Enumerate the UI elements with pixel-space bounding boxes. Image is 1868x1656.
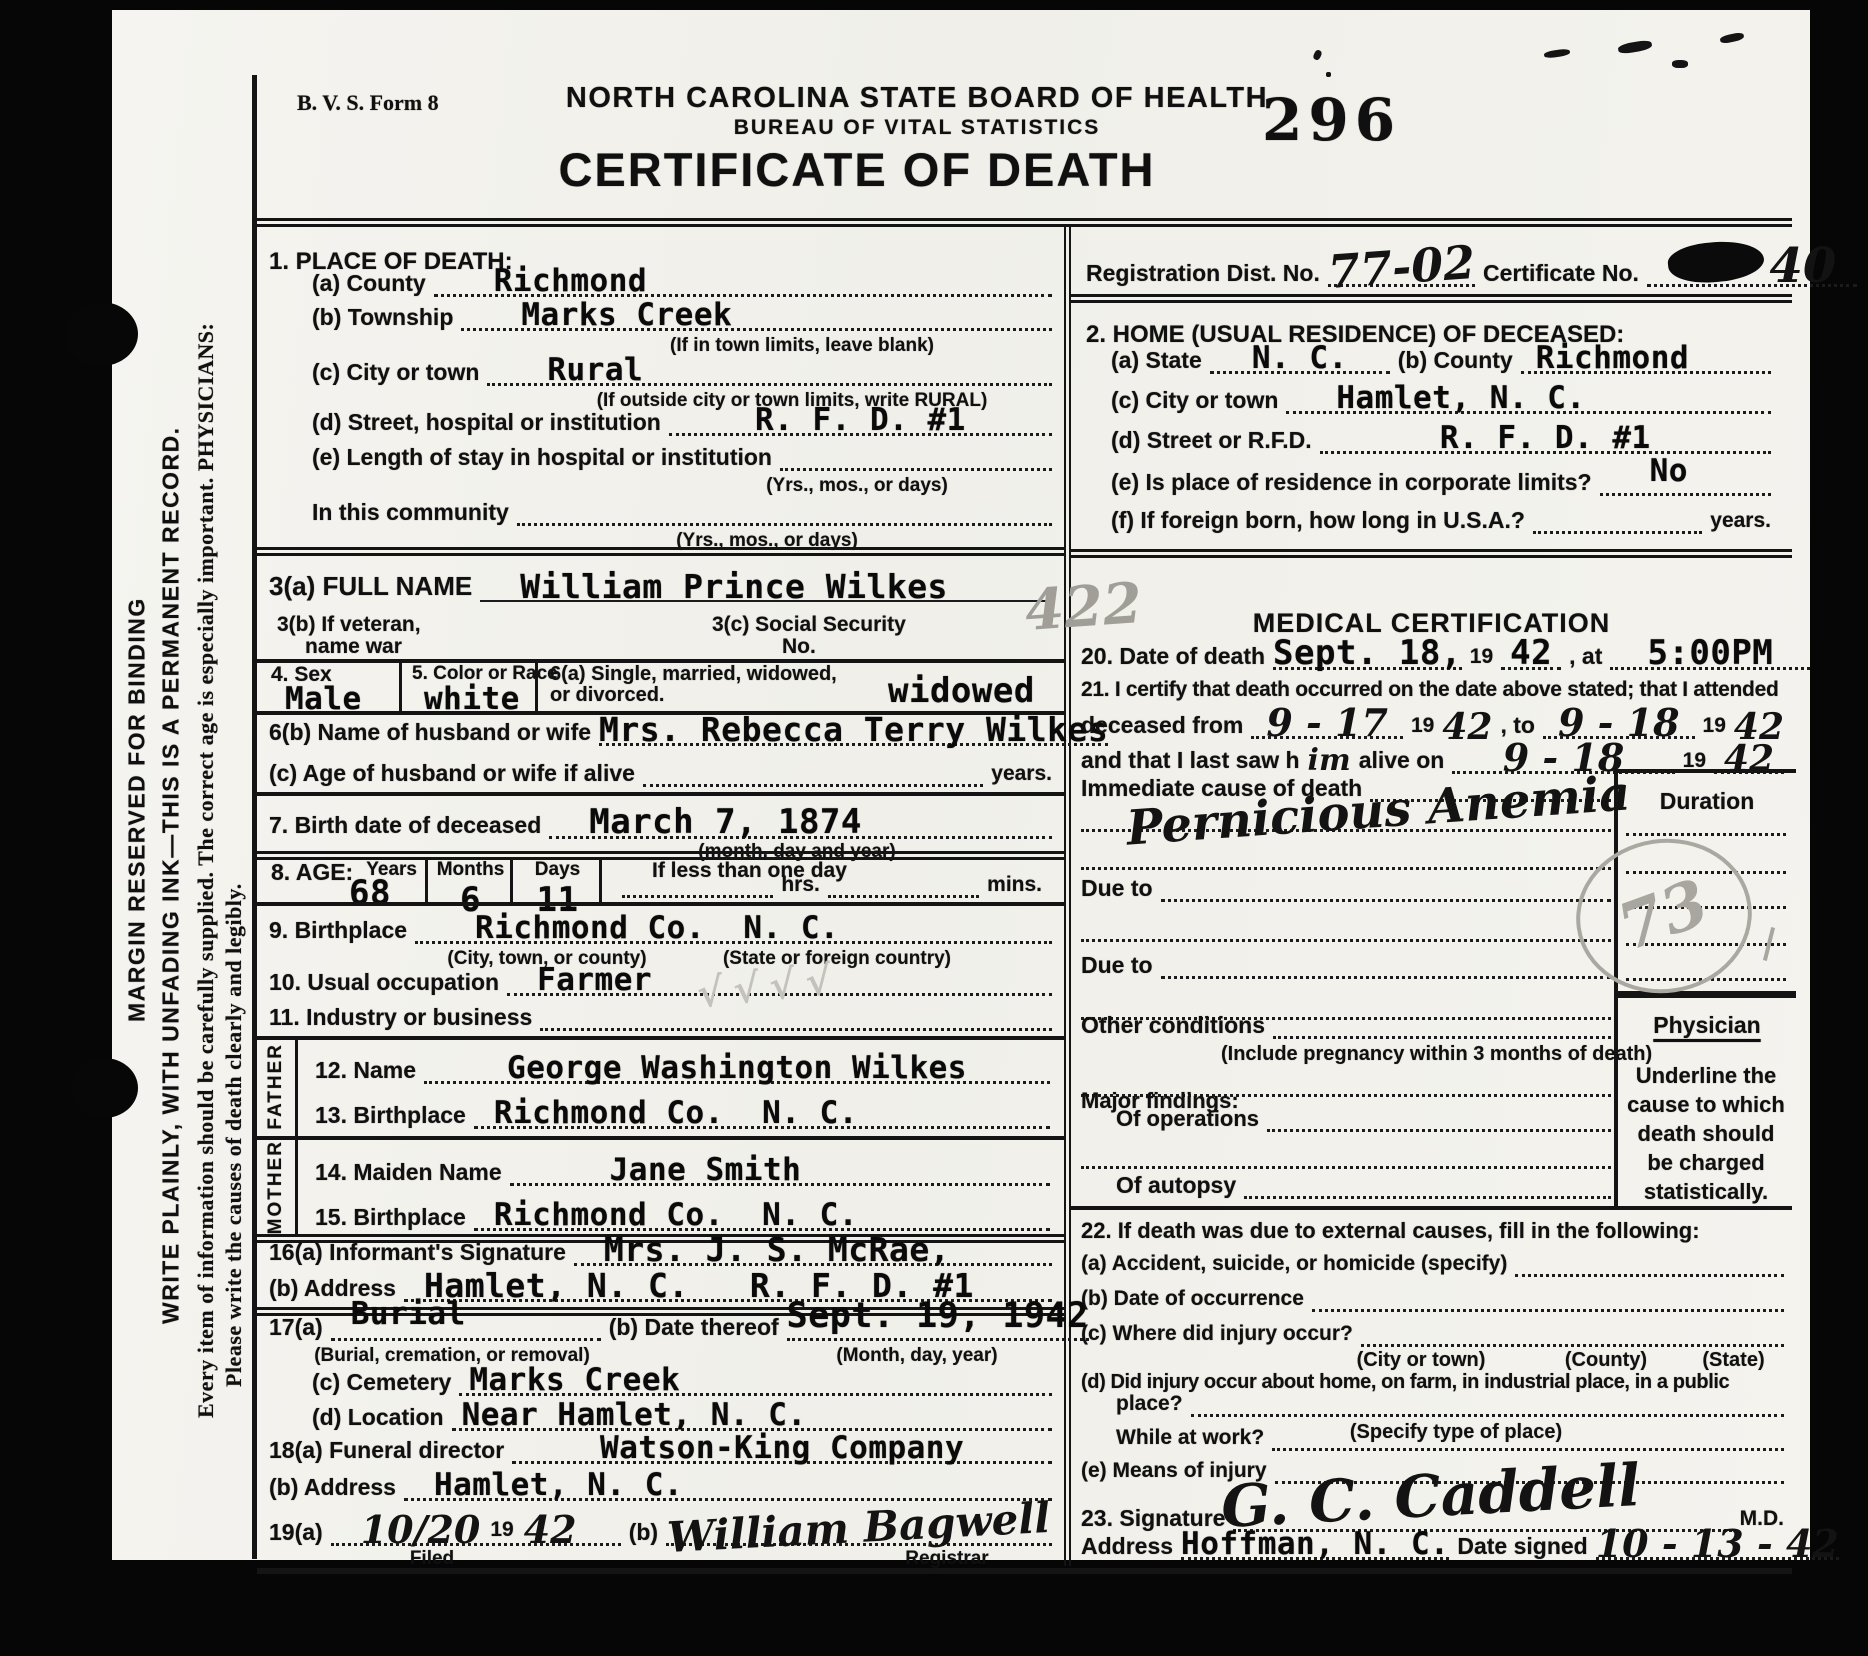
field-community: In this community [312, 488, 1052, 526]
field-burial: 17(a) Burial (b) Date thereof Sept. 19, … [269, 1295, 1052, 1341]
field-home-corporate: (e) Is place of residence in corporate l… [1111, 458, 1771, 496]
filed-year-handwritten: 42 [524, 1511, 577, 1549]
age-label: 8. AGE: [271, 860, 353, 886]
field-home-state-county: (a) State N. C. (b) County Richmond [1111, 336, 1771, 374]
full-name-value: William Prince Wilkes [520, 570, 948, 603]
father-block: FATHER 12. Name George Washington Wilkes… [257, 1036, 1064, 1140]
physician-address-label: Address [1081, 1534, 1173, 1560]
father-name-label: 12. Name [315, 1058, 416, 1084]
due-to-label-1: Due to [1081, 876, 1153, 902]
field-full-name: 3(a) FULL NAME William Prince Wilkes [269, 554, 1052, 602]
burial-date-value: Sept. 19, 1942 [787, 1299, 1089, 1334]
field-funeral-director: 18(a) Funeral director Watson-King Compa… [269, 1426, 1052, 1464]
operations-label: Of operations [1116, 1107, 1259, 1132]
street-value: R. F. D. #1 [755, 405, 966, 436]
physician-label: Physician [1618, 1013, 1796, 1039]
other-conditions-label: Other conditions [1081, 1013, 1265, 1039]
stay-label: (e) Length of stay in hospital or instit… [312, 445, 772, 471]
field-funeral-address: (b) Address Hamlet, N. C. [269, 1463, 1052, 1501]
home-county-value: Richmond [1536, 343, 1689, 374]
filed-date-handwritten: 10/20 [361, 1511, 481, 1549]
field-township: (b) Township Marks Creek [312, 293, 1052, 331]
home-street-label: (d) Street or R.F.D. [1111, 428, 1312, 454]
township-value: Marks Creek [521, 300, 732, 331]
age-months-cell: Months 6 [425, 860, 513, 902]
registration-dist-value: 77-02 [1326, 239, 1476, 295]
field-last-saw-alive: and that I last saw h im alive on 9 - 18… [1081, 730, 1784, 774]
field-external-a: (a) Accident, suicide, or homicide (spec… [1081, 1239, 1784, 1277]
field-mother-name: 14. Maiden Name Jane Smith [315, 1148, 1050, 1186]
registration-row: Registration Dist. No. 77-02 Certificate… [1086, 239, 1781, 287]
ink-speck [1326, 72, 1331, 77]
field-due-to-2: Due to [1081, 941, 1611, 979]
birth-date-label: 7. Birth date of deceased [269, 813, 541, 839]
field-due-to-1: Due to [1081, 864, 1611, 902]
stamp-number: 296 [1262, 86, 1401, 154]
field-street: (d) Street, hospital or institution R. F… [312, 398, 1052, 436]
months-label: Months [437, 859, 505, 882]
mother-name-label: 14. Maiden Name [315, 1160, 502, 1186]
field-stay: (e) Length of stay in hospital or instit… [312, 433, 1052, 471]
due-to-label-2: Due to [1081, 953, 1153, 979]
right-column: Registration Dist. No. 77-02 Certificate… [1071, 227, 1792, 1566]
form-body: 422 1. PLACE OF DEATH: (a) County Richmo… [257, 218, 1792, 1574]
burial-type-value: Burial [351, 1299, 466, 1330]
spouse-label: 6(b) Name of husband or wife [269, 720, 591, 746]
mother-name-value: Jane Smith [610, 1155, 802, 1186]
field-birth-date: 7. Birth date of deceased March 7, 1874 [269, 793, 1052, 839]
field-autopsy: Of autopsy [1116, 1161, 1611, 1199]
birthplace-value: Richmond Co. N. C. [475, 913, 839, 944]
father-name-value: George Washington Wilkes [507, 1053, 967, 1084]
veteran-ssn-row: 3(b) If veteran,name war 3(c) Social Sec… [257, 612, 1064, 659]
field-cemetery: (c) Cemetery Marks Creek [312, 1358, 1052, 1396]
external-c-hint3: (State) [1681, 1349, 1786, 1372]
father-birthplace-value: Richmond Co. N. C. [494, 1098, 858, 1129]
filed-b-label: (b) [629, 1520, 658, 1546]
birthplace-label: 9. Birthplace [269, 918, 407, 944]
margin-note-permanent: WRITE PLAINLY, WITH UNFADING INK—THIS IS… [156, 260, 186, 1490]
funeral-address-label: (b) Address [269, 1475, 396, 1501]
field-birthplace: 9. Birthplace Richmond Co. N. C. [269, 906, 1052, 944]
section-rule [1071, 1206, 1792, 1210]
father-side-label: FATHER [265, 1043, 287, 1130]
section-rule [1071, 549, 1792, 558]
date-of-death-year: 42 [1510, 636, 1552, 670]
industry-label: 11. Industry or business [269, 1005, 532, 1031]
funeral-address-value: Hamlet, N. C. [434, 1470, 683, 1501]
certificate-no-value: 40 [1770, 242, 1837, 290]
field-operations: Of operations [1116, 1094, 1611, 1132]
certificate-title: CERTIFICATE OF DEATH [307, 142, 1407, 197]
registration-dist-label: Registration Dist. No. [1086, 261, 1320, 287]
age-less-cell: If less than one day hrs. mins. [599, 860, 1067, 902]
father-sideband: FATHER [257, 1036, 298, 1136]
printed-19: 19 [1470, 646, 1493, 670]
date-signed-label: Date signed [1457, 1534, 1587, 1560]
field-home-foreign: (f) If foreign born, how long in U.S.A.?… [1111, 496, 1771, 534]
death-certificate-page: MARGIN RESERVED FOR BINDING WRITE PLAINL… [112, 10, 1810, 1560]
days-label: Days [535, 859, 580, 882]
community-label: In this community [312, 500, 509, 526]
field-father-name: 12. Name George Washington Wilkes [315, 1046, 1050, 1084]
mins-label: mins. [987, 874, 1042, 898]
time-of-death: 5:00PM [1647, 636, 1773, 670]
field-date-of-death: 20. Date of death Sept. 18, 19 42 , at 5… [1081, 626, 1784, 670]
external-c-hint2: (County) [1531, 1349, 1681, 1372]
section-rule [1071, 294, 1792, 303]
margin-note-causes: Please write the causes of death clearly… [220, 710, 248, 1560]
external-c-label: (c) Where did injury occur? [1081, 1323, 1353, 1347]
ink-speck [1544, 48, 1571, 59]
field-spouse-age: (c) Age of husband or wife if alive year… [269, 751, 1052, 787]
veteran-label: 3(b) If veteran,name war [277, 614, 421, 660]
certificate-no-label: Certificate No. [1483, 261, 1639, 287]
ink-speck [1672, 60, 1688, 68]
burial-label: 17(a) [269, 1315, 323, 1341]
home-city-label: (c) City or town [1111, 388, 1278, 414]
date-of-death-month: Sept. 18, [1273, 636, 1462, 670]
left-column: 1. PLACE OF DEATH: (a) County Richmond (… [257, 227, 1071, 1566]
birth-date-value: March 7, 1874 [589, 805, 862, 839]
filed-label: 19(a) [269, 1520, 323, 1546]
pencil-code-422: 422 [1023, 575, 1144, 639]
field-external-c: (c) Where did injury occur? [1081, 1309, 1784, 1347]
field-home-city: (c) City or town Hamlet, N. C. [1111, 376, 1771, 414]
home-street-value: R. F. D. #1 [1440, 423, 1651, 454]
spouse-value: Mrs. Rebecca Terry Wilkes [599, 713, 1108, 746]
date-signed-value: 10 - 13 - 42 [1596, 1525, 1839, 1563]
ink-blot [1666, 237, 1766, 287]
field-filed: 19(a) 10/20 19 42 (b) William Bagwell [269, 1500, 1052, 1546]
funeral-director-value: Watson-King Company [600, 1433, 964, 1464]
duration-label: Duration [1618, 789, 1796, 815]
home-corporate-label: (e) Is place of residence in corporate l… [1111, 470, 1592, 496]
margin-note-binding: MARGIN RESERVED FOR BINDING [122, 410, 152, 1210]
township-label: (b) Township [312, 305, 453, 331]
home-state-value: N. C. [1252, 343, 1348, 374]
home-foreign-suffix: years. [1710, 510, 1771, 534]
autopsy-label: Of autopsy [1116, 1173, 1236, 1199]
margin-note-supplied: Every item of information should be care… [192, 200, 220, 1540]
home-foreign-label: (f) If foreign born, how long in U.S.A.? [1111, 508, 1525, 534]
ink-speck [1312, 49, 1323, 61]
field-external-d-place: place? [1116, 1379, 1784, 1417]
city-value: Rural [547, 355, 643, 386]
spouse-age-suffix: years. [991, 763, 1052, 787]
age-row: 8. AGE: Years 68 Months 6 Days 11 If les… [257, 860, 1064, 902]
date-of-death-label: 20. Date of death [1081, 644, 1265, 670]
last-saw-label: and that I last saw h [1081, 748, 1300, 774]
field-father-birthplace: 13. Birthplace Richmond Co. N. C. [315, 1091, 1050, 1129]
home-corporate-value: No [1650, 456, 1688, 487]
external-c-hint1: (City or town) [1321, 1349, 1521, 1372]
field-external-b: (b) Date of occurrence [1081, 1274, 1784, 1312]
field-home-street: (d) Street or R.F.D. R. F. D. #1 [1111, 416, 1771, 454]
funeral-director-label: 18(a) Funeral director [269, 1438, 504, 1464]
filed-year-printed: 19 [490, 1519, 513, 1543]
age-years-cell: 8. AGE: Years 68 [257, 860, 425, 902]
filed-caption: Filed [357, 1548, 507, 1570]
hrs-label: hrs. [781, 874, 820, 898]
occupation-value: Farmer [537, 965, 652, 996]
home-city-value: Hamlet, N. C. [1336, 383, 1585, 414]
home-county-label: (b) County [1398, 348, 1513, 374]
age-days-cell: Days 11 [510, 860, 602, 902]
home-state-label: (a) State [1111, 348, 1202, 374]
father-birthplace-label: 13. Birthplace [315, 1103, 466, 1129]
stat-code-value: 73 [1611, 871, 1717, 962]
ink-speck [1617, 39, 1652, 55]
other-conditions-hint: (Include pregnancy within 3 months of de… [1221, 1043, 1611, 1066]
city-label: (c) City or town [312, 360, 479, 386]
field-city: (c) City or town Rural [312, 348, 1052, 386]
field-occupation: 10. Usual occupation Farmer [269, 958, 1052, 996]
ssn-label: 3(c) Social SecurityNo. [712, 614, 906, 660]
alive-on-label: alive on [1359, 748, 1445, 774]
field-other-conditions: Other conditions [1081, 1001, 1611, 1039]
full-name-label: 3(a) FULL NAME [269, 573, 472, 602]
cemetery-value: Marks Creek [469, 1365, 680, 1396]
field-industry: 11. Industry or business [269, 993, 1052, 1031]
field-spouse: 6(b) Name of husband or wife Mrs. Rebecc… [269, 700, 1052, 746]
spouse-age-label: (c) Age of husband or wife if alive [269, 761, 635, 787]
field-county: (a) County Richmond [312, 259, 1052, 297]
registrar-caption: Registrar [857, 1548, 1037, 1570]
underline-note: Underline the cause to which death shoul… [1622, 1061, 1790, 1208]
at-label: , at [1569, 644, 1602, 670]
punch-hole-top [64, 302, 138, 366]
burial-date-label: (b) Date thereof [609, 1315, 779, 1341]
ink-speck [1719, 32, 1744, 45]
